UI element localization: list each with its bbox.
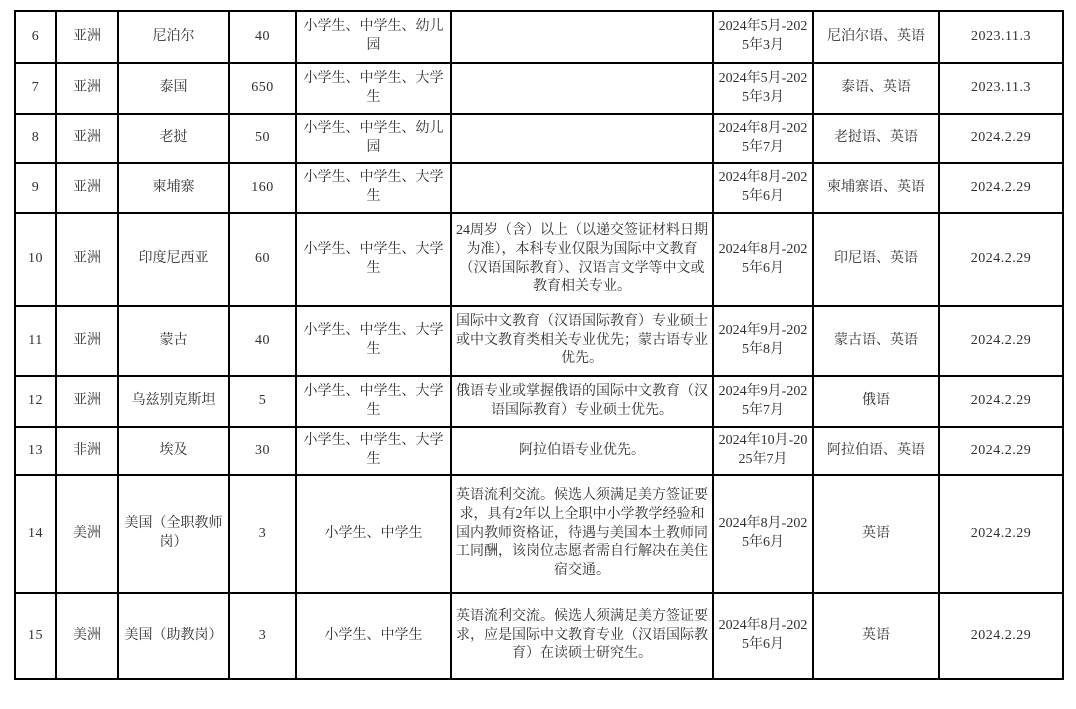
quota-cell: 30 [229,427,296,475]
deadline-cell: 2024.2.29 [939,213,1063,306]
requirement-cell: 俄语专业或掌握俄语的国际中文教育（汉语国际教育）专业硕士优先。 [451,376,713,427]
seq-cell: 6 [15,11,56,63]
country-cell: 蒙古 [118,306,229,376]
quota-cell: 3 [229,475,296,593]
period-cell: 2024年9月-2025年8月 [713,306,813,376]
seq-cell: 14 [15,475,56,593]
table-row: 8亚洲老挝50小学生、中学生、幼儿园2024年8月-2025年7月老挝语、英语2… [15,114,1063,163]
requirement-cell [451,114,713,163]
country-cell: 柬埔寨 [118,163,229,213]
requirement-cell: 国际中文教育（汉语国际教育）专业硕士或中文教育类相关专业优先；蒙古语专业优先。 [451,306,713,376]
period-cell: 2024年8月-2025年6月 [713,213,813,306]
table-row: 10亚洲印度尼西亚60小学生、中学生、大学生24周岁（含）以上（以递交签证材料日… [15,213,1063,306]
deadline-cell: 2024.2.29 [939,114,1063,163]
student-type-cell: 小学生、中学生、幼儿园 [296,11,451,63]
deadline-cell: 2024.2.29 [939,376,1063,427]
period-cell: 2024年5月-2025年3月 [713,63,813,114]
language-cell: 泰语、英语 [813,63,939,114]
table-row: 15美洲美国（助教岗）3小学生、中学生英语流利交流。候选人须满足美方签证要求，应… [15,593,1063,679]
table-row: 14美洲美国（全职教师岗）3小学生、中学生英语流利交流。候选人须满足美方签证要求… [15,475,1063,593]
student-type-cell: 小学生、中学生 [296,593,451,679]
continent-cell: 亚洲 [56,63,118,114]
country-cell: 泰国 [118,63,229,114]
language-cell: 俄语 [813,376,939,427]
table-row: 9亚洲柬埔寨160小学生、中学生、大学生2024年8月-2025年6月柬埔寨语、… [15,163,1063,213]
requirement-cell [451,11,713,63]
continent-cell: 亚洲 [56,376,118,427]
period-cell: 2024年5月-2025年3月 [713,11,813,63]
seq-cell: 12 [15,376,56,427]
country-cell: 美国（助教岗） [118,593,229,679]
table-row: 6亚洲尼泊尔40小学生、中学生、幼儿园2024年5月-2025年3月尼泊尔语、英… [15,11,1063,63]
seq-cell: 11 [15,306,56,376]
deadline-cell: 2024.2.29 [939,163,1063,213]
language-cell: 印尼语、英语 [813,213,939,306]
deadline-cell: 2024.2.29 [939,475,1063,593]
country-cell: 老挝 [118,114,229,163]
student-type-cell: 小学生、中学生 [296,475,451,593]
language-cell: 尼泊尔语、英语 [813,11,939,63]
language-cell: 柬埔寨语、英语 [813,163,939,213]
table-row: 12亚洲乌兹别克斯坦5小学生、中学生、大学生俄语专业或掌握俄语的国际中文教育（汉… [15,376,1063,427]
period-cell: 2024年10月-2025年7月 [713,427,813,475]
continent-cell: 非洲 [56,427,118,475]
country-cell: 印度尼西亚 [118,213,229,306]
table-row: 7亚洲泰国650小学生、中学生、大学生2024年5月-2025年3月泰语、英语2… [15,63,1063,114]
seq-cell: 13 [15,427,56,475]
student-type-cell: 小学生、中学生、大学生 [296,63,451,114]
language-cell: 老挝语、英语 [813,114,939,163]
quota-cell: 160 [229,163,296,213]
deadline-cell: 2023.11.3 [939,63,1063,114]
continent-cell: 亚洲 [56,11,118,63]
student-type-cell: 小学生、中学生、大学生 [296,213,451,306]
language-cell: 英语 [813,593,939,679]
requirement-cell [451,163,713,213]
seq-cell: 15 [15,593,56,679]
seq-cell: 8 [15,114,56,163]
quota-cell: 40 [229,306,296,376]
language-cell: 蒙古语、英语 [813,306,939,376]
period-cell: 2024年8月-2025年7月 [713,114,813,163]
student-type-cell: 小学生、中学生、幼儿园 [296,114,451,163]
quota-cell: 50 [229,114,296,163]
table-row: 11亚洲蒙古40小学生、中学生、大学生国际中文教育（汉语国际教育）专业硕士或中文… [15,306,1063,376]
language-cell: 英语 [813,475,939,593]
deadline-cell: 2024.2.29 [939,306,1063,376]
deadline-cell: 2023.11.3 [939,11,1063,63]
student-type-cell: 小学生、中学生、大学生 [296,306,451,376]
continent-cell: 美洲 [56,475,118,593]
quota-cell: 650 [229,63,296,114]
continent-cell: 亚洲 [56,213,118,306]
table-body: 6亚洲尼泊尔40小学生、中学生、幼儿园2024年5月-2025年3月尼泊尔语、英… [15,11,1063,679]
period-cell: 2024年8月-2025年6月 [713,593,813,679]
country-cell: 乌兹别克斯坦 [118,376,229,427]
deadline-cell: 2024.2.29 [939,427,1063,475]
language-cell: 阿拉伯语、英语 [813,427,939,475]
volunteer-posting-table: 6亚洲尼泊尔40小学生、中学生、幼儿园2024年5月-2025年3月尼泊尔语、英… [14,10,1064,680]
table-row: 13非洲埃及30小学生、中学生、大学生阿拉伯语专业优先。2024年10月-202… [15,427,1063,475]
continent-cell: 亚洲 [56,306,118,376]
quota-cell: 5 [229,376,296,427]
quota-cell: 60 [229,213,296,306]
student-type-cell: 小学生、中学生、大学生 [296,376,451,427]
requirement-cell: 阿拉伯语专业优先。 [451,427,713,475]
continent-cell: 亚洲 [56,114,118,163]
student-type-cell: 小学生、中学生、大学生 [296,427,451,475]
period-cell: 2024年8月-2025年6月 [713,163,813,213]
requirement-cell: 24周岁（含）以上（以递交签证材料日期为准），本科专业仅限为国际中文教育（汉语国… [451,213,713,306]
quota-cell: 3 [229,593,296,679]
deadline-cell: 2024.2.29 [939,593,1063,679]
country-cell: 埃及 [118,427,229,475]
country-cell: 美国（全职教师岗） [118,475,229,593]
student-type-cell: 小学生、中学生、大学生 [296,163,451,213]
quota-cell: 40 [229,11,296,63]
continent-cell: 亚洲 [56,163,118,213]
requirement-cell: 英语流利交流。候选人须满足美方签证要求，应是国际中文教育专业（汉语国际教育）在读… [451,593,713,679]
continent-cell: 美洲 [56,593,118,679]
period-cell: 2024年8月-2025年6月 [713,475,813,593]
seq-cell: 7 [15,63,56,114]
document-page: 6亚洲尼泊尔40小学生、中学生、幼儿园2024年5月-2025年3月尼泊尔语、英… [0,0,1076,709]
seq-cell: 10 [15,213,56,306]
requirement-cell: 英语流利交流。候选人须满足美方签证要求，具有2年以上全职中小学教学经验和国内教师… [451,475,713,593]
period-cell: 2024年9月-2025年7月 [713,376,813,427]
requirement-cell [451,63,713,114]
seq-cell: 9 [15,163,56,213]
country-cell: 尼泊尔 [118,11,229,63]
